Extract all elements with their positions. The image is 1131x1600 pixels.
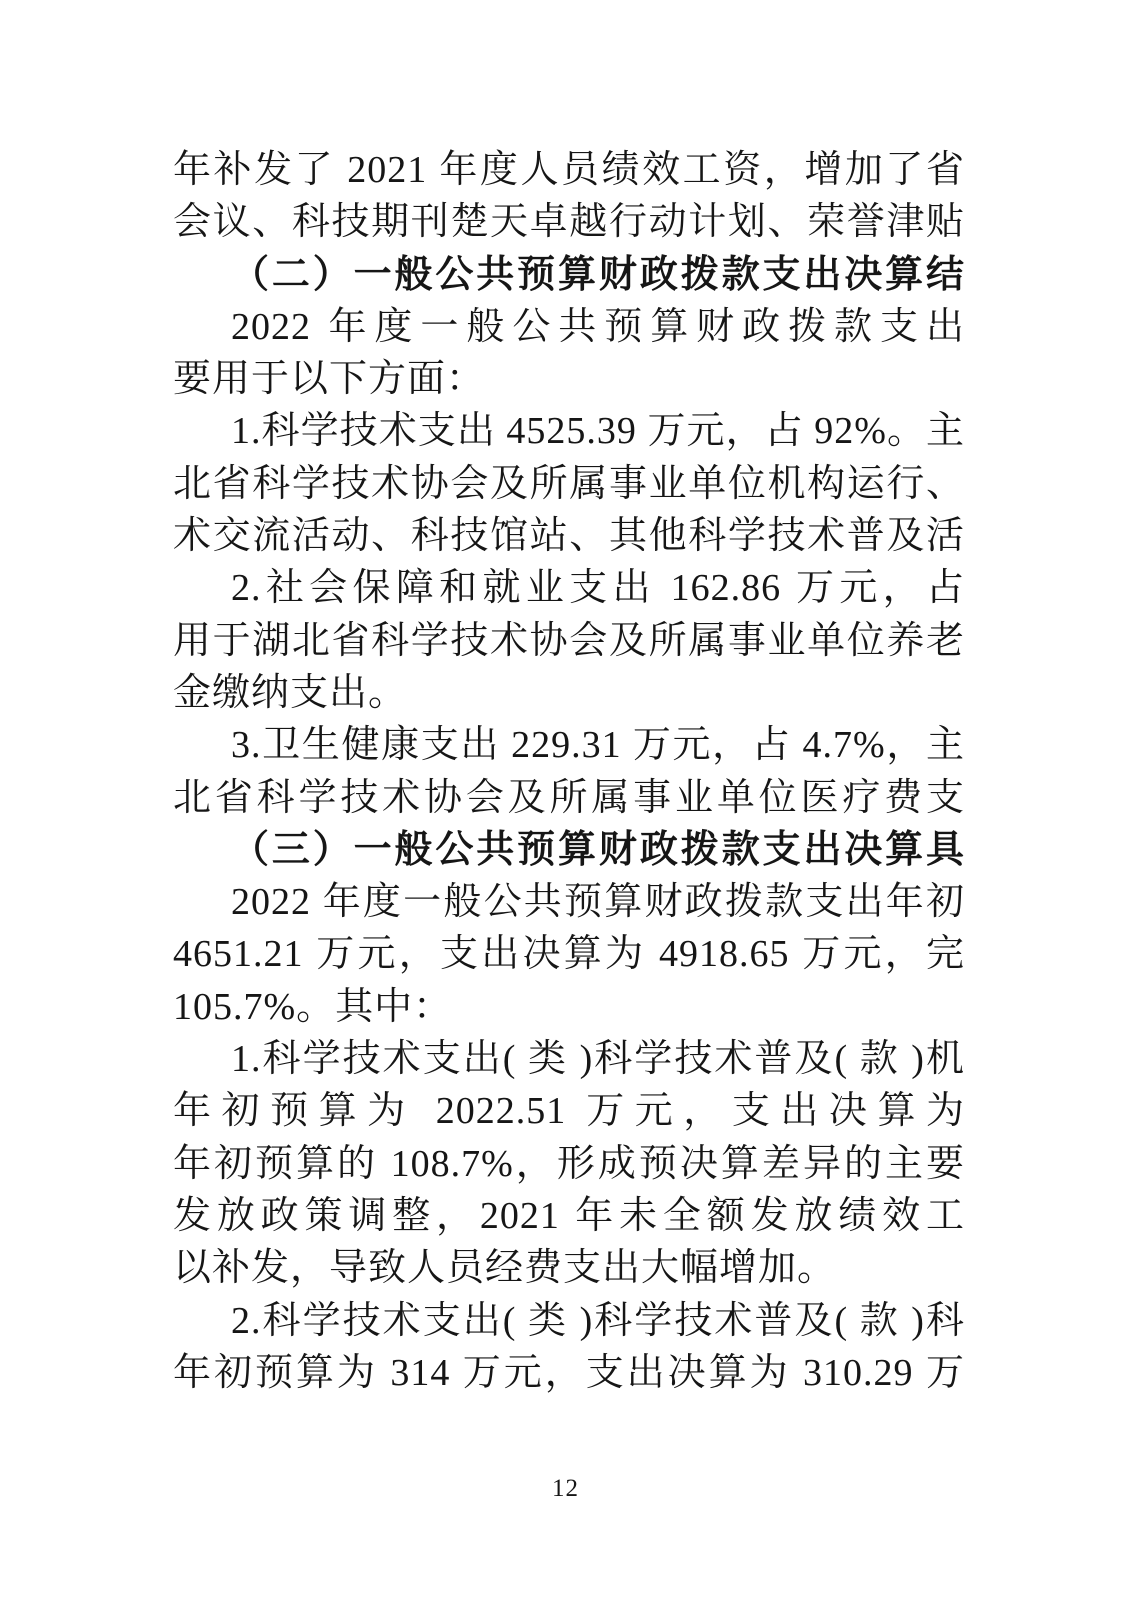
body-line: 会议、科技期刊楚天卓越行动计划、荣誉津贴等项目等。	[173, 196, 965, 248]
body-line: 2.社会保障和就业支出 162.86 万元，占 3.3%。主要是	[173, 562, 965, 614]
document-body: 年补发了 2021 年度人员绩效工资，增加了省科协“十大” 会议、科技期刊楚天卓…	[173, 144, 965, 1399]
body-line: 105.7%。其中：	[173, 981, 965, 1033]
document-page: 年补发了 2021 年度人员绩效工资，增加了省科协“十大” 会议、科技期刊楚天卓…	[0, 0, 1131, 1600]
body-line: 年补发了 2021 年度人员绩效工资，增加了省科协“十大”	[173, 144, 965, 196]
body-line: 金缴纳支出。	[173, 667, 965, 719]
body-line: 1.科学技术支出 4525.39 万元，占 92%。主要是用于湖	[173, 405, 965, 457]
body-line: 术交流活动、科技馆站、其他科学技术普及活动。	[173, 510, 965, 562]
body-line: 2022 年度一般公共预算财政拨款支出年初预算为	[173, 876, 965, 928]
body-line: 要用于以下方面：	[173, 353, 965, 405]
body-line: 年初预算为 314 万元，支出决算为 310.29 万元，完成年初	[173, 1347, 965, 1399]
body-line: 2.科学技术支出( 类 )科学技术普及( 款 )科普活动( 项 )。	[173, 1295, 965, 1347]
section-heading-2: （二）一般公共预算财政拨款支出决算结构情况。	[173, 249, 965, 301]
body-line: 年初预算的 108.7%，形成预决算差异的主要原因是由于工资	[173, 1138, 965, 1190]
body-line: 北省科学技术协会及所属事业单位医疗费支出。	[173, 772, 965, 824]
body-line: 以补发，导致人员经费支出大幅增加。	[173, 1242, 965, 1294]
body-line: 年初预算为 2022.51 万元，支出决算为 2197.47 万元，完成	[173, 1085, 965, 1137]
body-line: 北省科学技术协会及所属事业单位机构运行、科普活动、学	[173, 458, 965, 510]
body-line: 1.科学技术支出( 类 )科学技术普及( 款 )机构运行( 项 )。	[173, 1033, 965, 1085]
body-line: 发放政策调整，2021 年未全额发放绩效工资，2022 年度予	[173, 1190, 965, 1242]
section-heading-3: （三）一般公共预算财政拨款支出决算具体情况。	[173, 824, 965, 876]
body-line: 用于湖北省科学技术协会及所属事业单位养老保险、职业年	[173, 615, 965, 667]
body-line: 4651.21 万元，支出决算为 4918.65 万元，完成年初预算的	[173, 928, 965, 980]
page-number: 12	[0, 1475, 1131, 1503]
body-line: 2022 年度一般公共预算财政拨款支出 4918.65 万元，主	[173, 301, 965, 353]
body-line: 3.卫生健康支出 229.31 万元，占 4.7%，主要是用于湖	[173, 719, 965, 771]
